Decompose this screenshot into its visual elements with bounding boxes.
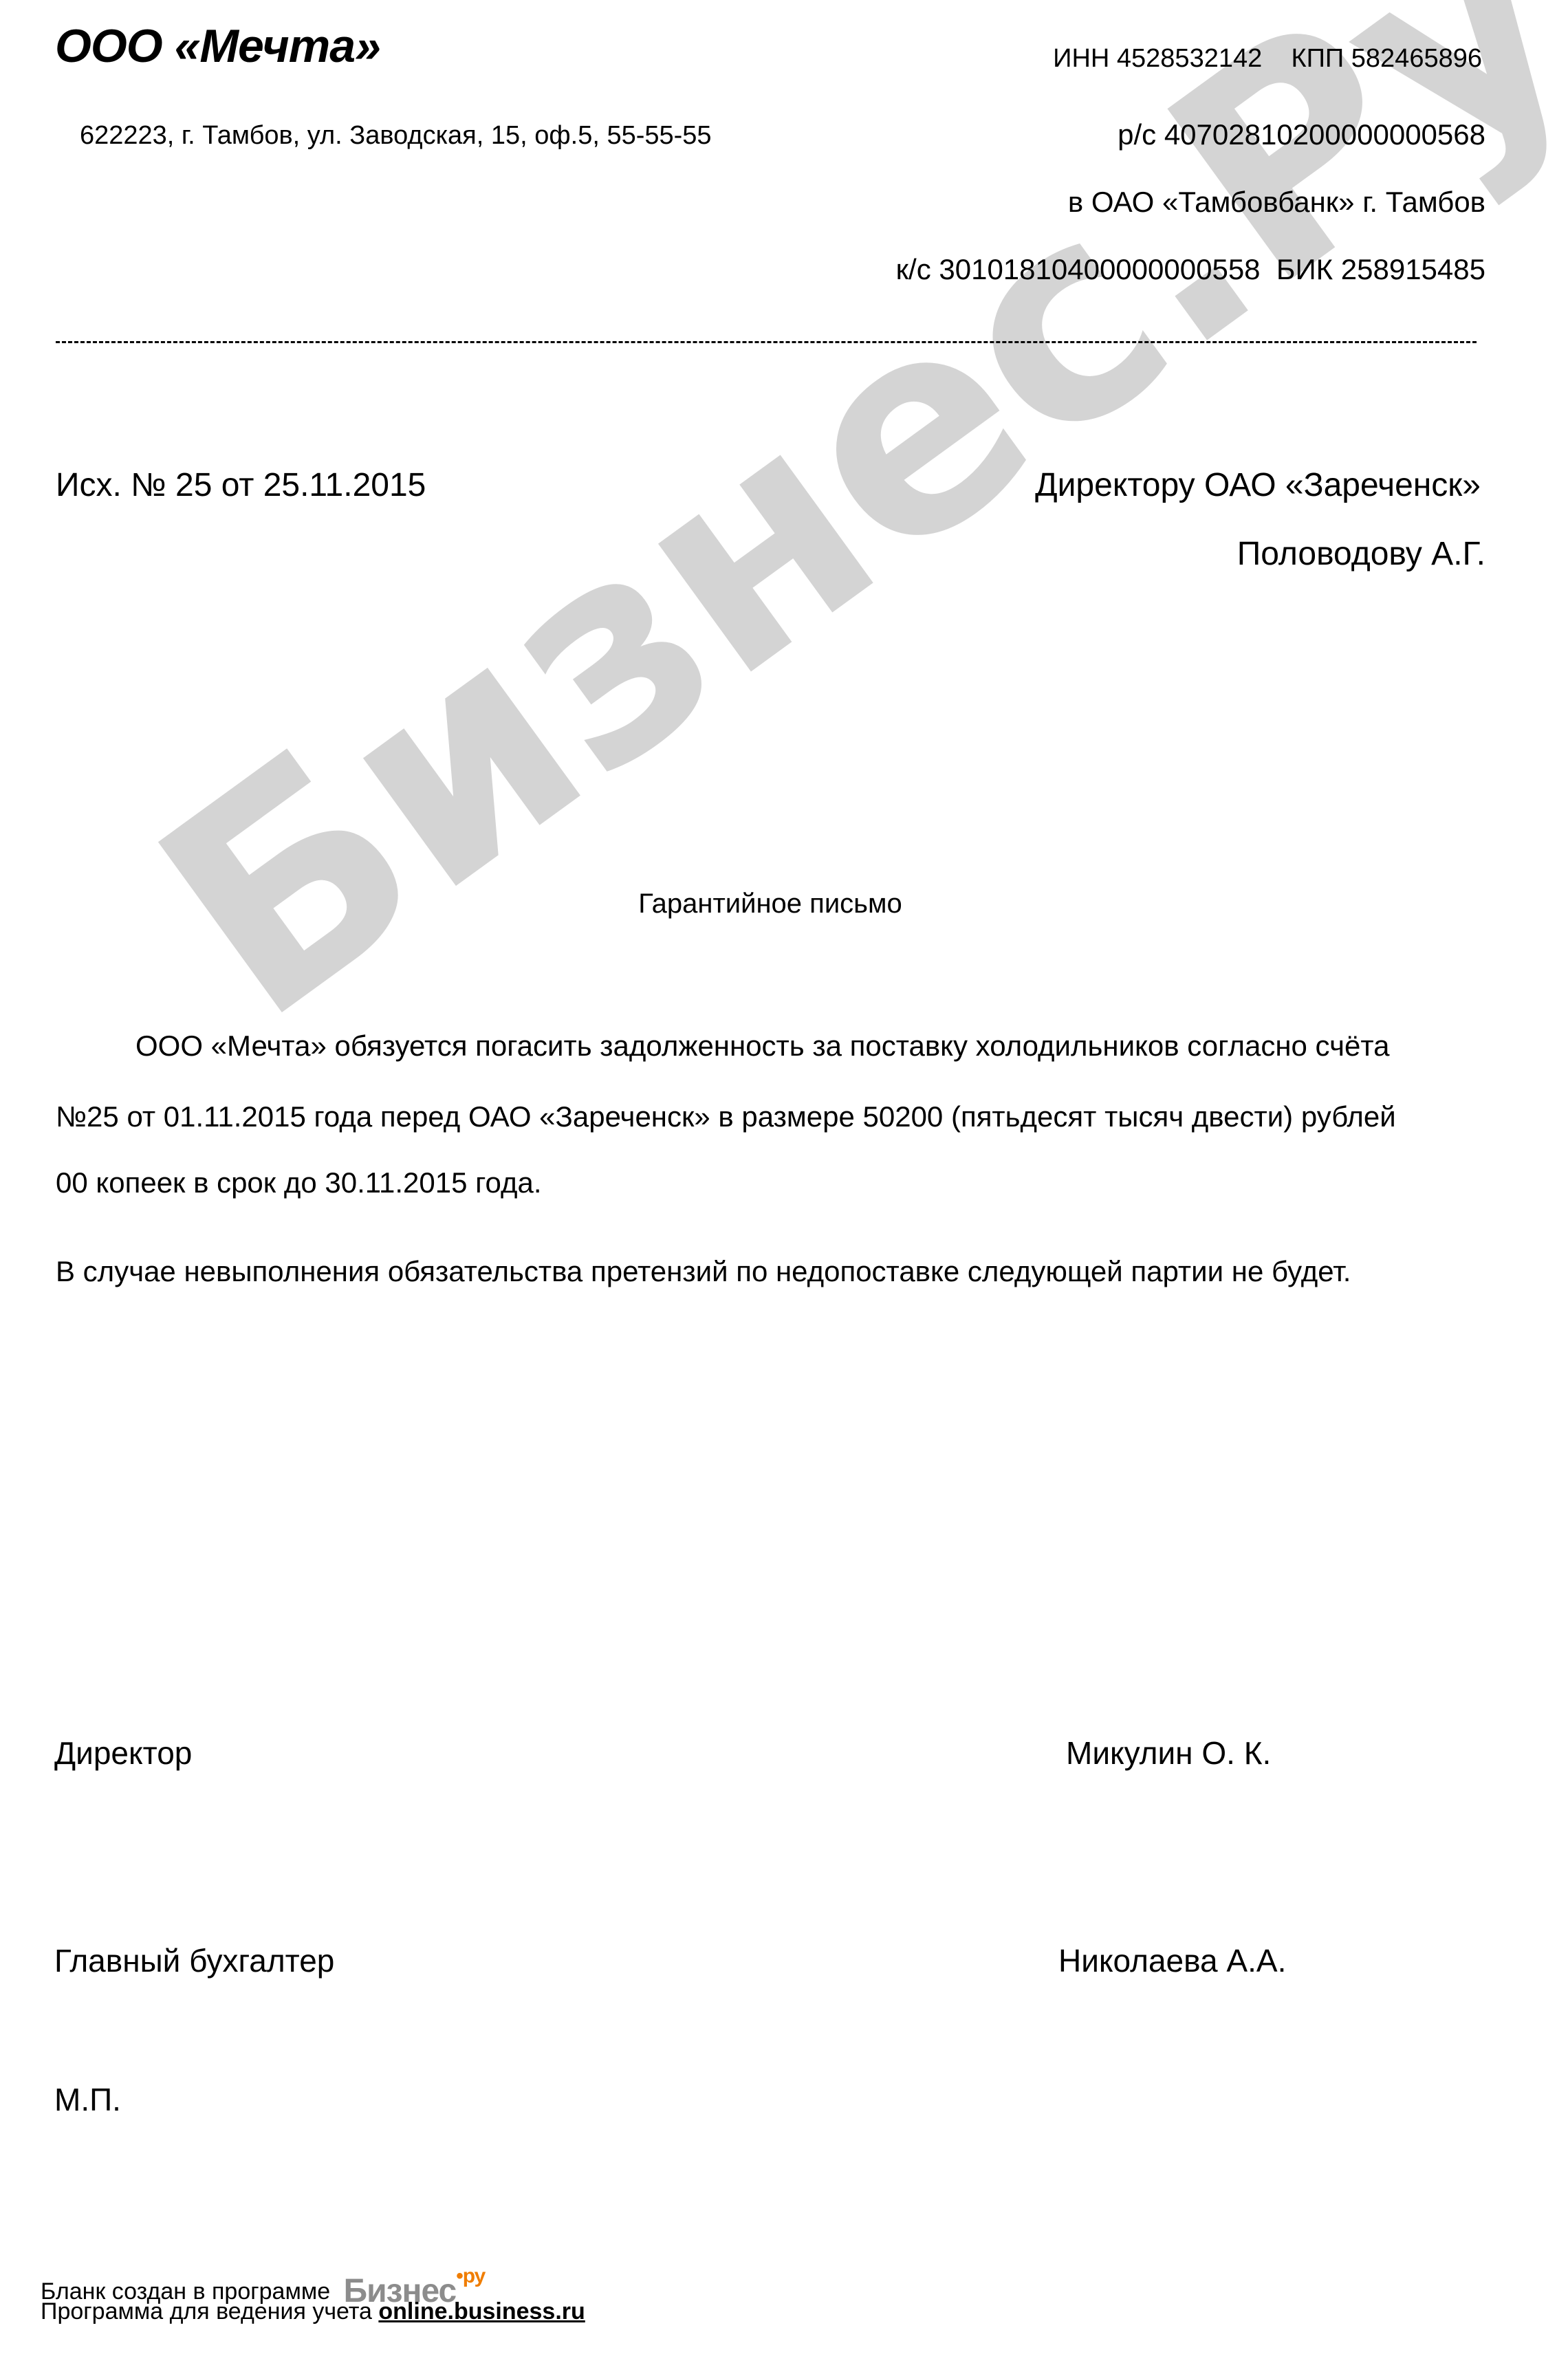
correspondent-account-text: к/с 30101810400000000558 БИК 258915485 [896,253,1485,285]
correspondent-account: к/с 30101810400000000558 БИК 258915485 [896,253,1485,286]
dashed-divider [56,341,1477,343]
outgoing-number: Исх. № 25 от 25.11.2015 [56,466,426,504]
addressee-name: Половодову А.Г. [1237,535,1485,573]
bank-name: в ОАО «Тамбовбанк» г. Тамбов [1068,186,1485,219]
logo-suffix: •ру [456,2265,485,2287]
paragraph-1-line-2: №25 от 01.11.2015 года перед ОАО «Зарече… [56,1100,1396,1133]
director-label: Директор [54,1734,192,1772]
footer-program-text: Программа для ведения учета [41,2298,372,2324]
settlement-account: р/с 40702810200000000568 [1118,118,1485,151]
letter-title: Гарантийное письмо [0,889,1540,919]
stamp-label: М.П. [54,2081,121,2118]
footer-program-line: Программа для ведения учета online.busin… [41,2298,585,2325]
director-name: Микулин О. К. [1066,1734,1271,1772]
inn-kpp: ИНН 4528532142 КПП 582465896 [1053,44,1482,74]
business-ru-link[interactable]: online.business.ru [378,2298,585,2324]
company-name: ООО «Мечта» [55,19,380,73]
accountant-label: Главный бухгалтер [54,1942,334,1979]
paragraph-2: В случае невыполнения обязательства прет… [56,1255,1351,1288]
paragraph-1-line-3: 00 копеек в срок до 30.11.2015 года. [56,1166,542,1199]
accountant-name: Николаева А.А. [1058,1942,1286,1979]
company-address: 622223, г. Тамбов, ул. Заводская, 15, оф… [80,121,712,151]
addressee-position: Директору ОАО «Зареченск» [1035,466,1481,504]
paragraph-1-line-1: ООО «Мечта» обязуется погасить задолженн… [135,1030,1389,1063]
inn-kpp-text: ИНН 4528532142 КПП 582465896 [1053,44,1482,73]
